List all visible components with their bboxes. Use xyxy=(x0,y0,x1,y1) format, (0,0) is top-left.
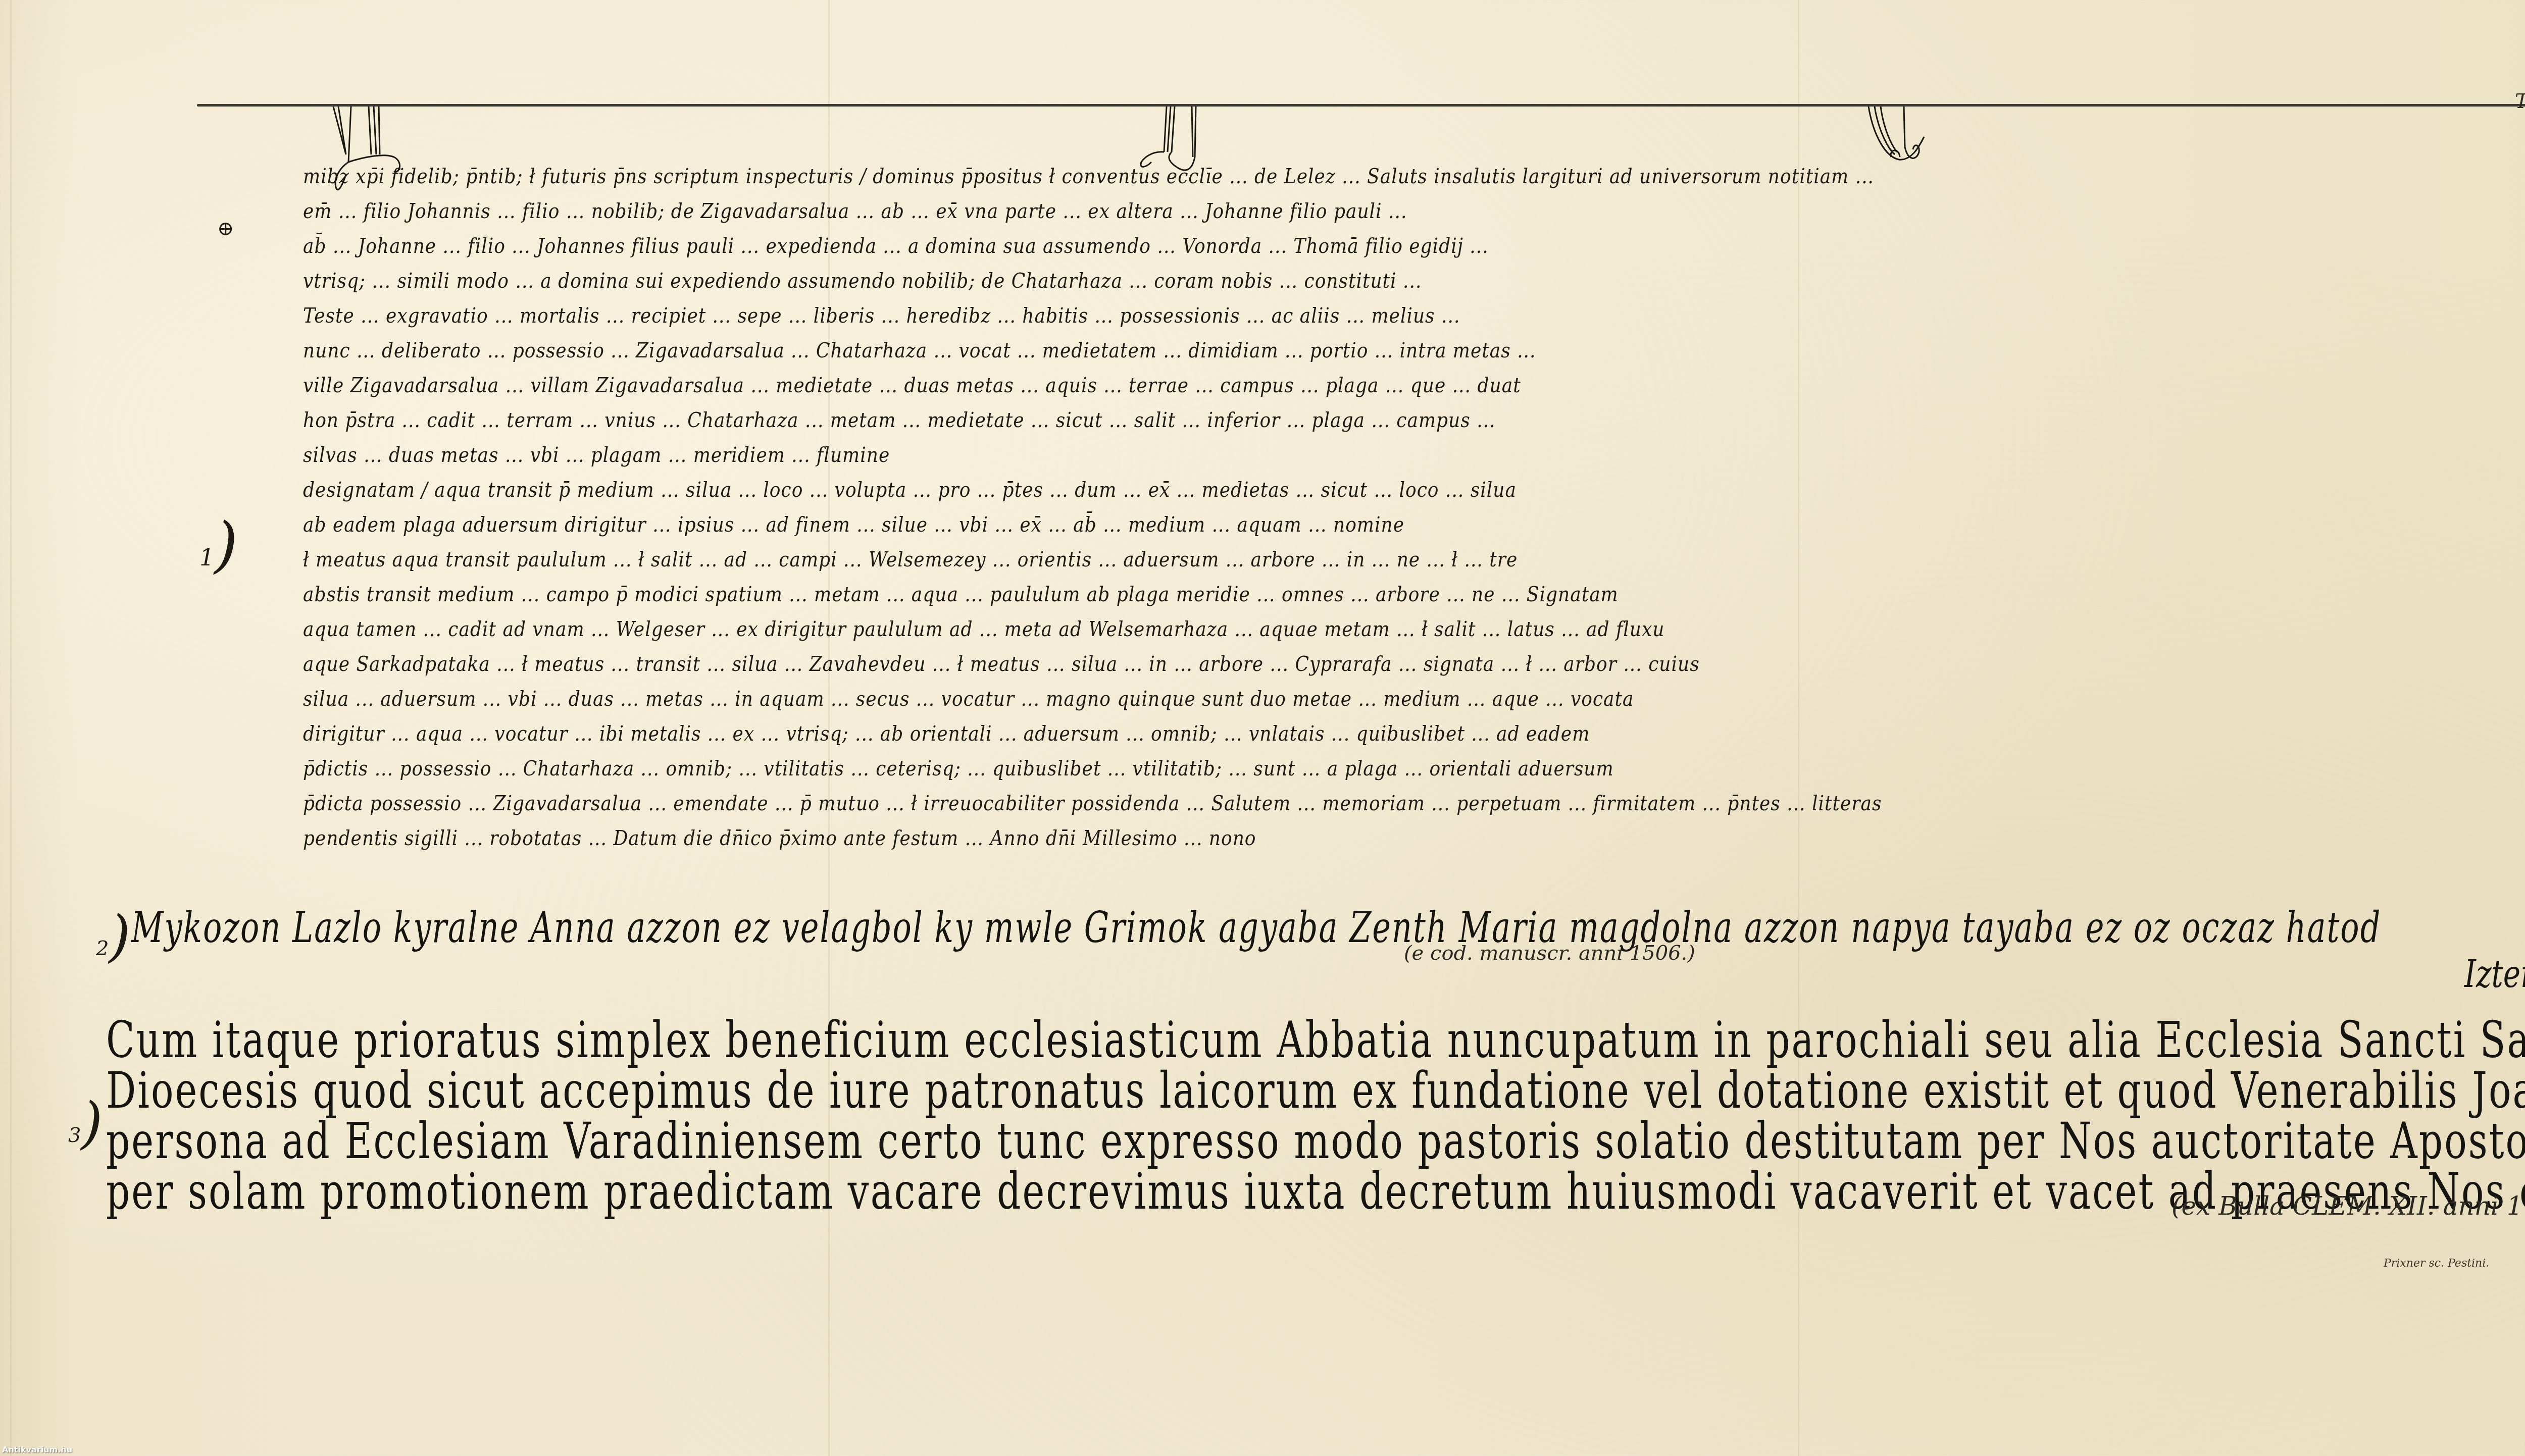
manuscript-line: vtrisq; ... simili modo ... a domina sui… xyxy=(303,261,2525,301)
manuscript-line: ł meatus aqua transit paululum ... ł sal… xyxy=(303,540,2525,580)
manuscript-line: em̄ ... filio Johannis ... filio ... nob… xyxy=(303,191,2525,231)
watermark: Antikvarium.hu xyxy=(2,1445,72,1454)
manuscript-line: silvas ... duas metas ... vbi ... plagam… xyxy=(303,435,2525,475)
manuscript-line: Teste ... exgravatio ... mortalis ... re… xyxy=(303,296,2525,336)
manuscript-line: aqua tamen ... cadit ad vnam ... Welgese… xyxy=(303,609,2525,649)
section-3-source-note: (ex Bulla CLEM. XII. anni 1735.) xyxy=(2171,1191,2525,1221)
manuscript-line: silua ... aduersum ... vbi ... duas ... … xyxy=(303,679,2525,719)
manuscript-block-1: mibz xp̄i fidelib; p̄ntib; ł futuris p̄n… xyxy=(303,159,2525,856)
section-1-marker: 1) xyxy=(199,510,238,580)
manuscript-line: pendentis sigilli ... robotatas ... Datu… xyxy=(303,818,2525,858)
manuscript-line: ab̄ ... Johanne ... filio ... Johannes f… xyxy=(303,226,2525,266)
manuscript-line: abstis transit medium ... campo p̄ modic… xyxy=(303,575,2525,614)
engraver-credit: Prixner sc. Pestini. xyxy=(2384,1257,2489,1270)
manuscript-line: aque Sarkadpataka ... ł meatus ... trans… xyxy=(303,644,2525,684)
manuscript-line: mibz xp̄i fidelib; p̄ntib; ł futuris p̄n… xyxy=(303,157,2525,196)
header-rule xyxy=(197,104,2525,107)
manuscript-line: per solam promotionem praedictam vacare … xyxy=(106,1158,2525,1226)
section-1-bullet: ⊕ xyxy=(217,217,234,240)
manuscript-line: p̄dictis ... possessio ... Chatarhaza ..… xyxy=(303,749,2525,789)
manuscript-line: designatam / aqua transit p̄ medium ... … xyxy=(303,470,2525,510)
plate-label: Tab. III. xyxy=(2515,90,2525,113)
manuscript-line: ab eadem plaga aduersum dirigitur ... ip… xyxy=(303,505,2525,545)
manuscript-block-3: Cum itaque prioratus simplex beneficium … xyxy=(106,1015,2525,1217)
manuscript-line: p̄dicta possessio ... Zigavadarsalua ...… xyxy=(303,784,2525,823)
section-3-marker: 3) xyxy=(68,1090,103,1155)
section-2-text: Mykozon Lazlo kyralne Anna azzon ez vela… xyxy=(131,902,2381,952)
section-2-source-note: (e cod. manuscr. anni 1506.) xyxy=(1404,942,1695,965)
manuscript-line: nunc ... deliberato ... possessio ... Zi… xyxy=(303,331,2525,371)
manuscript-line: ville Zigavadarsalua ... villam Zigavada… xyxy=(303,366,2525,405)
manuscript-line: hon p̄stra ... cadit ... terram ... vniu… xyxy=(303,400,2525,440)
section-2-marker: 2) xyxy=(96,904,130,968)
section-2-continuation: Iztennek xyxy=(2464,952,2525,996)
manuscript-line: dirigitur ... aqua ... vocatur ... ibi m… xyxy=(303,714,2525,754)
